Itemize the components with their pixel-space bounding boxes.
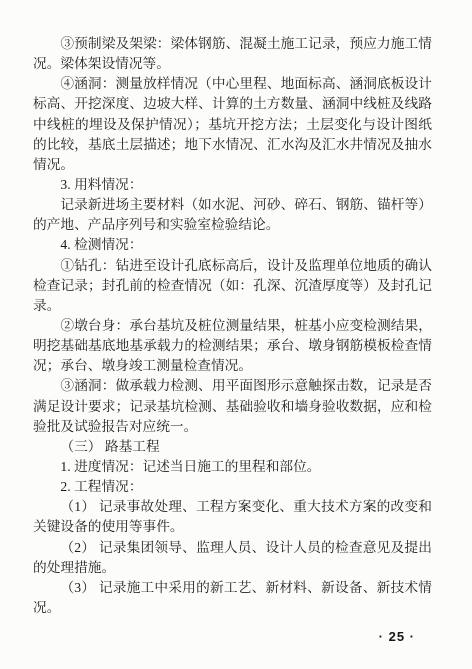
text-line: 的处理措施。 [33, 558, 432, 578]
text-line: 的比较，基底土层描述；地下水情况、汇水沟及汇水井情况及抽水 [33, 135, 432, 155]
heading-line: 2. 工程情况： [33, 477, 432, 497]
text-line: ④涵洞：测量放样情况（中心里程、地面标高、涵洞底板设计 [33, 74, 432, 94]
text-line: （1） 记录事故处理、工程方案变化、重大技术方案的改变和 [33, 497, 432, 517]
text-line: 情况。 [33, 155, 432, 175]
text-line: 的产地、产品序列号和实验室检验结论。 [33, 215, 432, 235]
text-line: 满足设计要求；记录基坑检测、基础验收和墙身验收数据，应和检 [33, 397, 432, 417]
text-line: ③预制梁及架梁：梁体钢筋、混凝土施工记录，预应力施工情 [33, 34, 432, 54]
text-line: 检查记录；封孔前的检查情况（如：孔深、沉渣厚度等）及封孔记 [33, 276, 432, 296]
text-line: 录。 [33, 296, 432, 316]
text-line: 况；承台、墩身竣工测量检查情况。 [33, 356, 432, 376]
text-line: ①钻孔：钻进至设计孔底标高后，设计及监理单位地质的确认 [33, 256, 432, 276]
text-line: ③涵洞：做承载力检测、用平面图形示意触探击数，记录是否 [33, 376, 432, 396]
text-line: 况。梁体架设情况等。 [33, 54, 432, 74]
document-page: ③预制梁及架梁：梁体钢筋、混凝土施工记录，预应力施工情 况。梁体架设情况等。 ④… [0, 0, 472, 669]
text-line: 标高、开挖深度、边坡大样、计算的土方数量、涵洞中线桩及线路 [33, 94, 432, 114]
heading-line: 4. 检测情况： [33, 235, 432, 255]
heading-line: 1. 进度情况：记述当日施工的里程和部位。 [33, 457, 432, 477]
text-line: 关键设备的使用等事件。 [33, 517, 432, 537]
text-line: ②墩台身：承台基坑及桩位测量结果，桩基小应变检测结果， [33, 316, 432, 336]
text-line: 明挖基础基底地基承载力的检测结果；承台、墩身钢筋模板检查情 [33, 336, 432, 356]
body-text: ③预制梁及架梁：梁体钢筋、混凝土施工记录，预应力施工情 况。梁体架设情况等。 ④… [33, 34, 432, 618]
text-line: 况。 [33, 598, 432, 618]
heading-line: 3. 用料情况： [33, 175, 432, 195]
section-heading-line: （三） 路基工程 [33, 437, 432, 457]
page-number: · 25 · [379, 629, 415, 644]
text-line: 中线桩的埋设及保护情况）；基坑开挖方法；土层变化与设计图纸 [33, 115, 432, 135]
text-line: （3） 记录施工中采用的新工艺、新材料、新设备、新技术情 [33, 578, 432, 598]
text-line: 记录新进场主要材料（如水泥、河砂、碎石、钢筋、锚杆等） [33, 195, 432, 215]
text-line: 验批及试验报告对应统一。 [33, 417, 432, 437]
text-line: （2） 记录集团领导、监理人员、设计人员的检查意见及提出 [33, 538, 432, 558]
